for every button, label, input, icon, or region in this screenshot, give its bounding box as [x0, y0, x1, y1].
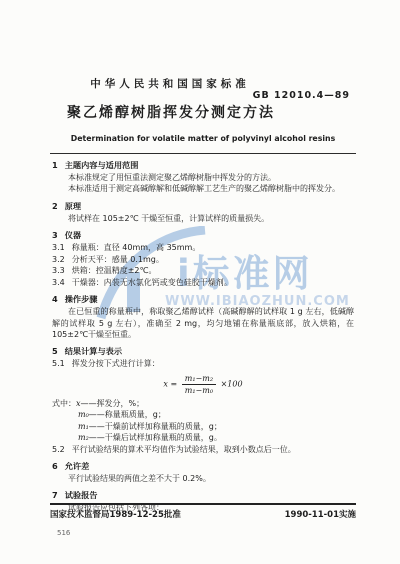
item-text: 称量瓶：直径 40mm，高 35mm。 [72, 243, 201, 252]
section-1-heading: 1主题内容与适用范围 [52, 160, 354, 170]
item-text: 挥发分按下式进行计算： [72, 359, 160, 368]
definition-text: ——干燥后试样加称量瓶的质量，g。 [89, 433, 222, 442]
section-number: 2 [52, 201, 58, 211]
section-7-heading: 7试验报告 [52, 490, 354, 500]
document-title-english: Determination for volatile matter of pol… [50, 134, 356, 143]
apparatus-item: 3.3烘箱：控温精度±2℃。 [52, 265, 354, 277]
section-number: 5 [52, 346, 58, 356]
apparatus-item: 3.4干燥器：内装无水氯化钙或变色硅胶干燥剂。 [52, 277, 354, 289]
clause-5-1: 5.1挥发分按下式进行计算： [52, 358, 354, 370]
section-number: 4 [52, 294, 58, 304]
document-title-chinese: 聚乙烯醇树脂挥发分测定方法 [46, 102, 296, 122]
formula-fraction: m₁−m₂ m₁−m₀ [182, 374, 216, 395]
standard-number: GB 12010.4—89 [253, 90, 350, 101]
approval-note: 国家技术监督局1989-12-25批准 [50, 508, 181, 520]
section-3-heading: 3仪器 [52, 230, 354, 240]
document-header: 中华人民共和国国家标准 GB 12010.4—89 聚乙烯醇树脂挥发分测定方法 … [0, 0, 400, 154]
paragraph: 平行试验结果的两值之差不大于 0.2%。 [52, 473, 354, 484]
section-title: 结果计算与表示 [65, 346, 122, 356]
standard-document-page: i标准网 WWW.IBIAOZHUN.COM 中华人民共和国国家标准 GB 12… [0, 0, 400, 564]
section-title: 仪器 [65, 230, 81, 240]
definition-symbol: m₂ [78, 433, 89, 442]
formula-lhs: x = [163, 379, 177, 388]
formula-definition: m₁——干燥前试样加称量瓶的质量，g； [78, 421, 354, 432]
section-number: 6 [52, 461, 58, 471]
section-number: 1 [52, 160, 58, 170]
formula-numerator: m₁−m₂ [182, 374, 216, 385]
formula-definition: m₂——干燥后试样加称量瓶的质量，g。 [78, 432, 354, 443]
item-number: 3.2 [52, 255, 65, 264]
item-number: 3.1 [52, 243, 65, 252]
item-number: 3.3 [52, 266, 65, 275]
paragraph: 本标准适用于测定高碱醇解和低碱醇解工艺生产的聚乙烯醇树脂中的挥发分。 [52, 183, 354, 194]
section-title: 原理 [65, 201, 81, 211]
header-divider [50, 153, 356, 154]
item-number: 5.1 [52, 359, 65, 368]
item-text: 平行试验结果的算术平均值作为试验结果，取到小数点后一位。 [72, 445, 296, 454]
where-prefix: 式中： [52, 399, 76, 408]
section-4-heading: 4操作步骤 [52, 294, 354, 304]
where-rest: ——挥发分，%； [81, 399, 145, 408]
definition-symbol: m₁ [78, 422, 89, 431]
formula-denominator: m₁−m₀ [182, 385, 216, 395]
section-5-heading: 5结果计算与表示 [52, 346, 354, 356]
section-title: 试验报告 [65, 490, 98, 500]
item-text: 分析天平：感量 0.1mg。 [72, 255, 164, 264]
formula-multiplier: ×100 [221, 379, 243, 388]
section-title: 允许差 [65, 461, 90, 471]
implementation-note: 1990-11-01实施 [285, 508, 356, 520]
section-title: 主题内容与适用范围 [65, 160, 139, 170]
item-text: 烘箱：控温精度±2℃。 [72, 266, 157, 275]
clause-5-2: 5.2平行试验结果的算术平均值作为试验结果，取到小数点后一位。 [52, 444, 354, 456]
section-title: 操作步骤 [65, 294, 98, 304]
section-number: 3 [52, 230, 58, 240]
national-standard-label: 中华人民共和国国家标准 [50, 76, 290, 91]
apparatus-item: 3.2分析天平：感量 0.1mg。 [52, 254, 354, 266]
section-6-heading: 6允许差 [52, 461, 354, 471]
paragraph: 本标准规定了用恒重法测定聚乙烯醇树脂中挥发分的方法。 [52, 172, 354, 183]
formula-definition: m₀——称量瓶质量，g； [78, 409, 354, 420]
volatile-matter-formula: x = m₁−m₂ m₁−m₀ ×100 [52, 374, 354, 395]
definition-text: ——干燥前试样加称量瓶的质量，g； [89, 422, 222, 431]
section-2-heading: 2原理 [52, 201, 354, 211]
apparatus-item: 3.1称量瓶：直径 40mm，高 35mm。 [52, 242, 354, 254]
paragraph: 将试样在 105±2℃ 干燥至恒重，计算试样的质量损失。 [52, 213, 354, 224]
item-number: 5.2 [52, 445, 65, 454]
footer-divider [50, 503, 356, 505]
definition-symbol: m₀ [78, 410, 89, 419]
section-number: 7 [52, 490, 58, 500]
paragraph: 在已恒重的称量瓶中，称取聚乙烯醇试样（高碱醇解的试样取 1 g 左右，低碱醇解的… [52, 306, 354, 340]
document-footer: 国家技术监督局1989-12-25批准 1990-11-01实施 [50, 508, 356, 520]
page-number: 516 [57, 529, 70, 537]
definition-text: ——称量瓶质量，g； [89, 410, 166, 419]
item-number: 3.4 [52, 278, 65, 287]
document-body: 1主题内容与适用范围 本标准规定了用恒重法测定聚乙烯醇树脂中挥发分的方法。 本标… [0, 160, 400, 514]
item-text: 干燥器：内装无水氯化钙或变色硅胶干燥剂。 [72, 278, 232, 287]
formula-where-line: 式中：x——挥发分，%； [52, 398, 354, 409]
